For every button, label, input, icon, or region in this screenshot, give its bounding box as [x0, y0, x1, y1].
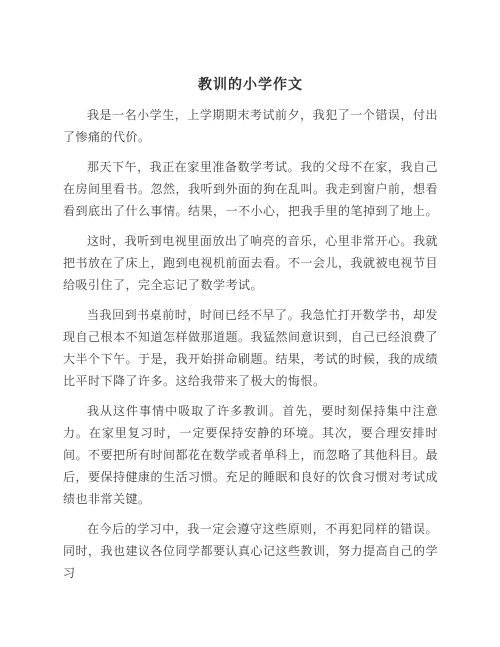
- paragraph-that-afternoon: 那天下午，我正在家里准备数学考试。我的父母不在家，我自己在房间里看书。忽然，我听…: [63, 156, 438, 222]
- paragraph-tv-distraction: 这时，我听到电视里面放出了响亮的音乐，心里非常开心。我就把书放在了床上，跑到电视…: [63, 230, 438, 296]
- paragraph-consequence: 当我回到书桌前时，时间已经不早了。我急忙打开数学书，却发现自己根本不知道怎样做那…: [63, 304, 438, 392]
- paragraph-lessons: 我从这件事情中吸取了许多教训。首先，要时刻保持集中注意力。在家里复习时，一定要保…: [63, 400, 438, 510]
- paragraph-conclusion: 在今后的学习中，我一定会遵守这些原则，不再犯同样的错误。同时，我也建议各位同学都…: [63, 518, 438, 584]
- document-page: 教训的小学作文 我是一名小学生，上学期期末考试前夕，我犯了一个错误，付出了惨痛的…: [0, 0, 500, 647]
- paragraph-intro: 我是一名小学生，上学期期末考试前夕，我犯了一个错误，付出了惨痛的代价。: [63, 104, 438, 148]
- document-title: 教训的小学作文: [63, 75, 438, 97]
- document-body: 我是一名小学生，上学期期末考试前夕，我犯了一个错误，付出了惨痛的代价。 那天下午…: [63, 104, 438, 584]
